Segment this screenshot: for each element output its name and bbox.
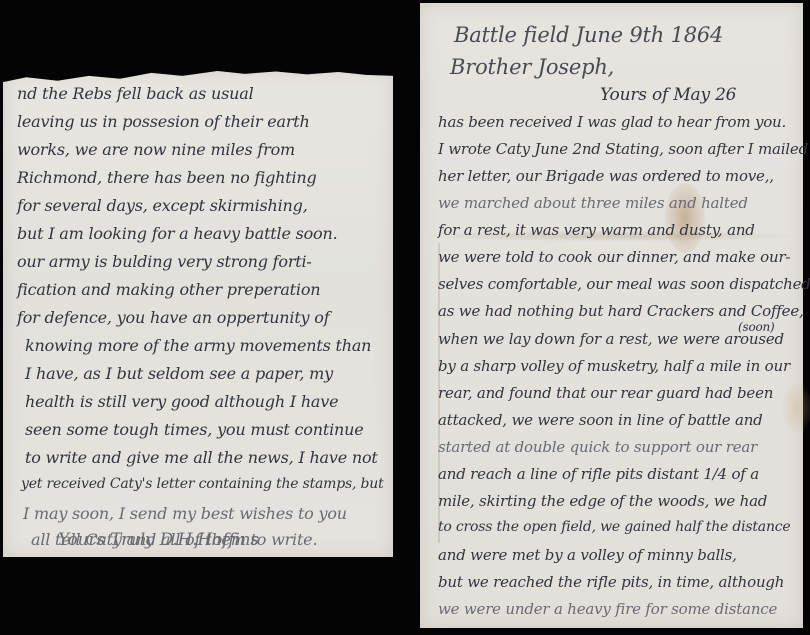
letter-line: for several days, except skirmishing, <box>17 196 308 215</box>
letter-line: Richmond, there has been no fighting <box>17 168 317 187</box>
letter-line: rear, and found that our rear guard had … <box>438 384 773 402</box>
letter-line: her letter, our Brigade was ordered to m… <box>438 167 774 185</box>
letter-line: knowing more of the army movements than <box>25 336 371 355</box>
letter-line: by a sharp volley of musketry, half a mi… <box>438 357 790 375</box>
letter-place-date: Battle field June 9th 1864 <box>454 23 723 47</box>
letter-line: mile, skirting the edge of the woods, we… <box>438 492 767 510</box>
letter-line: leaving us in possesion of their earth <box>17 112 310 131</box>
letter-line: yet received Caty's letter containing th… <box>21 476 384 492</box>
letter-line: selves comfortable, our meal was soon di… <box>438 275 810 293</box>
scan-canvas: nd the Rebs fell back as usual leaving u… <box>0 0 810 635</box>
letter-page-left: nd the Rebs fell back as usual leaving u… <box>3 70 393 557</box>
letter-line: I have, as I but seldom see a paper, my <box>25 364 333 383</box>
letter-line: but I am looking for a heavy battle soon… <box>17 224 337 243</box>
letter-line: I may soon, I send my best wishes to you <box>23 504 347 523</box>
letter-line: for defence, you have an oppertunity of <box>17 308 329 327</box>
letter-line: for a rest, it was very warm and dusty, … <box>438 221 755 239</box>
letter-line: works, we are now nine miles from <box>17 140 295 159</box>
letter-line: fication and making other preperation <box>17 280 320 299</box>
letter-line: I wrote Caty June 2nd Stating, soon afte… <box>438 140 808 158</box>
letter-salutation: Brother Joseph, <box>450 55 614 79</box>
letter-line: health is still very good although I hav… <box>25 392 338 411</box>
letter-opening: Yours of May 26 <box>600 85 736 105</box>
letter-line: nd the Rebs fell back as usual <box>17 84 254 103</box>
letter-line: but we reached the rifle pits, in time, … <box>438 573 784 591</box>
letter-line: we were under a heavy fire for some dist… <box>438 600 777 618</box>
letter-line: and reach a line of rifle pits distant 1… <box>438 465 759 483</box>
letter-line: to cross the open field, we gained half … <box>438 519 791 535</box>
letter-line: to write and give me all the news, I hav… <box>25 448 378 467</box>
letter-line: has been received I was glad to hear fro… <box>438 113 786 131</box>
paper-stain <box>782 383 810 433</box>
letter-line: seen some tough times, you must continue <box>25 420 363 439</box>
letter-line: our army is bulding very strong forti- <box>17 252 312 271</box>
letter-line: we marched about three miles and halted <box>438 194 748 212</box>
letter-signature: Yours Truly D.H.Hoffins <box>58 530 259 550</box>
letter-line: and were met by a volley of minny balls, <box>438 546 737 564</box>
letter-line: we were told to cook our dinner, and mak… <box>438 248 790 266</box>
letter-line: started at double quick to support our r… <box>438 438 757 456</box>
letter-line: as we had nothing but hard Crackers and … <box>438 302 804 320</box>
letter-page-right: Battle field June 9th 1864 Brother Josep… <box>420 3 803 628</box>
letter-line: when we lay down for a rest, we were aro… <box>438 330 784 348</box>
letter-line: attacked, we were soon in line of battle… <box>438 411 763 429</box>
